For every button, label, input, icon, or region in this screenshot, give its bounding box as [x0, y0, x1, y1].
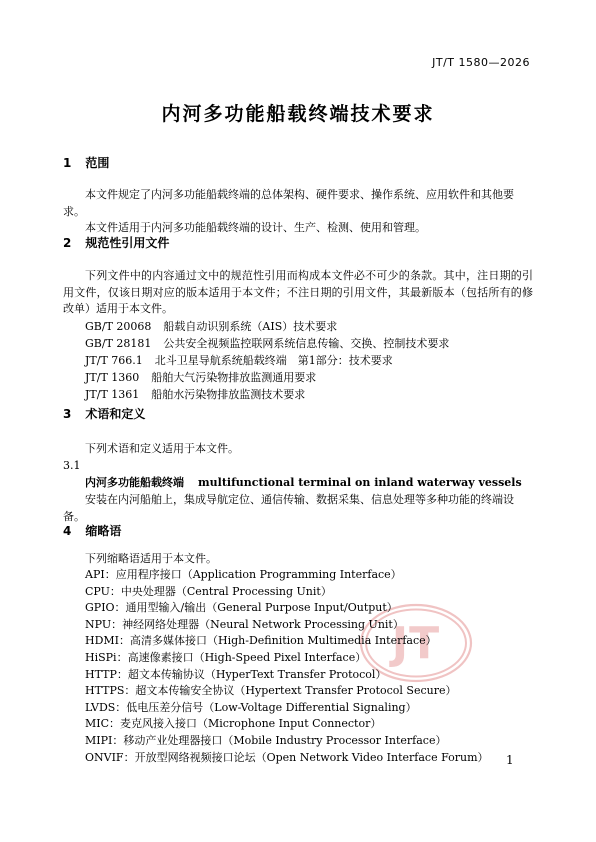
document-page: JT JT/T 1580—2026 内河多功能船载终端技术要求 1范围 本文件规…: [0, 0, 596, 842]
section-abbreviations-heading: 4缩略语: [63, 524, 533, 538]
abbreviation-item: API：应用程序接口（Application Programming Inter…: [85, 567, 555, 584]
reference-code: JT/T 1360: [85, 371, 139, 384]
abbreviations-intro-text: 下列缩略语适用于本文件。: [63, 551, 533, 568]
section-label: 术语和定义: [85, 407, 145, 421]
term-english: multifunctional terminal on inland water…: [198, 476, 522, 489]
section-scope-body: 本文件规定了内河多功能船载终端的总体架构、硬件要求、操作系统、应用软件和其他要求…: [63, 187, 533, 237]
term-definition: 安装在内河船舶上，集成导航定位、通信传输、数据采集、信息处理等多种功能的终端设备…: [63, 492, 533, 525]
abbreviation-item: HTTPS：超文本传输安全协议（Hypertext Transfer Proto…: [85, 683, 555, 700]
term-entry: 内河多功能船载终端multifunctional terminal on inl…: [63, 475, 555, 492]
section-number: 4: [63, 524, 71, 538]
section-number: 2: [63, 236, 71, 250]
abbreviation-item: CPU：中央处理器（Central Processing Unit）: [85, 584, 555, 601]
abbreviation-item: HDMI：高清多媒体接口（High-Definition Multimedia …: [85, 633, 555, 650]
reference-item: JT/T 1360船舶大气污染物排放监测通用要求: [85, 369, 555, 386]
section-terms-heading: 3术语和定义: [63, 407, 533, 421]
reference-item: JT/T 1361船舶水污染物排放监测技术要求: [85, 386, 555, 403]
reference-title: 船舶大气污染物排放监测通用要求: [151, 371, 316, 384]
scope-paragraph-1: 本文件规定了内河多功能船载终端的总体架构、硬件要求、操作系统、应用软件和其他要求…: [63, 187, 533, 220]
section-number: 1: [63, 156, 71, 170]
reference-item: JT/T 766.1北斗卫星导航系统船载终端 第1部分：技术要求: [85, 352, 555, 369]
terms-intro-text: 下列术语和定义适用于本文件。: [63, 441, 533, 458]
reference-title: 公共安全视频监控联网系统信息传输、交换、控制技术要求: [163, 337, 449, 350]
reference-title: 船舶水污染物排放监测技术要求: [151, 388, 305, 401]
abbreviation-item: MIC：麦克风接入接口（Microphone Input Connector）: [85, 716, 555, 733]
normative-refs-intro-text: 下列文件中的内容通过文中的规范性引用而构成本文件必不可少的条款。其中，注日期的引…: [63, 268, 533, 318]
reference-code: JT/T 766.1: [85, 354, 143, 367]
term-definition-text: 安装在内河船舶上，集成导航定位、通信传输、数据采集、信息处理等多种功能的终端设备…: [63, 492, 533, 525]
term-clause-number: 3.1: [63, 459, 533, 473]
abbreviation-item: NPU：神经网络处理器（Neural Network Processing Un…: [85, 617, 555, 634]
section-label: 缩略语: [85, 524, 121, 538]
terms-intro: 下列术语和定义适用于本文件。: [63, 441, 533, 458]
abbreviation-item: GPIO：通用型输入/输出（General Purpose Input/Outp…: [85, 600, 555, 617]
term-chinese: 内河多功能船载终端: [85, 476, 184, 489]
reference-title: 北斗卫星导航系统船载终端 第1部分：技术要求: [155, 354, 393, 367]
reference-code: GB/T 20068: [85, 320, 151, 333]
normative-refs-intro: 下列文件中的内容通过文中的规范性引用而构成本文件必不可少的条款。其中，注日期的引…: [63, 268, 533, 318]
abbreviation-item: ONVIF：开放型网络视频接口论坛（Open Network Video Int…: [85, 750, 555, 767]
abbreviations-intro: 下列缩略语适用于本文件。: [63, 551, 533, 568]
reference-item: GB/T 28181公共安全视频监控联网系统信息传输、交换、控制技术要求: [85, 335, 555, 352]
scope-paragraph-2: 本文件适用于内河多功能船载终端的设计、生产、检测、使用和管理。: [63, 220, 533, 237]
abbreviation-item: HiSPi：高速像素接口（High-Speed Pixel Interface）: [85, 650, 555, 667]
section-number: 3: [63, 407, 71, 421]
reference-code: GB/T 28181: [85, 337, 151, 350]
section-label: 规范性引用文件: [85, 236, 169, 250]
abbreviation-item: HTTP：超文本传输协议（HyperText Transfer Protocol…: [85, 667, 555, 684]
normative-reference-list: GB/T 20068船载自动识别系统（AIS）技术要求 GB/T 28181公共…: [63, 318, 555, 403]
abbreviation-item: MIPI：移动产业处理器接口（Mobile Industry Processor…: [85, 733, 555, 750]
page-number: 1: [506, 753, 514, 767]
standard-number: JT/T 1580—2026: [432, 56, 530, 69]
abbreviation-item: LVDS：低电压差分信号（Low-Voltage Differential Si…: [85, 700, 555, 717]
section-label: 范围: [85, 156, 109, 170]
abbreviation-list: API：应用程序接口（Application Programming Inter…: [63, 567, 555, 766]
reference-title: 船载自动识别系统（AIS）技术要求: [163, 320, 337, 333]
reference-code: JT/T 1361: [85, 388, 139, 401]
document-title: 内河多功能船载终端技术要求: [0, 99, 596, 126]
section-scope-heading: 1范围: [63, 156, 533, 170]
reference-item: GB/T 20068船载自动识别系统（AIS）技术要求: [85, 318, 555, 335]
section-normative-refs-heading: 2规范性引用文件: [63, 236, 533, 250]
